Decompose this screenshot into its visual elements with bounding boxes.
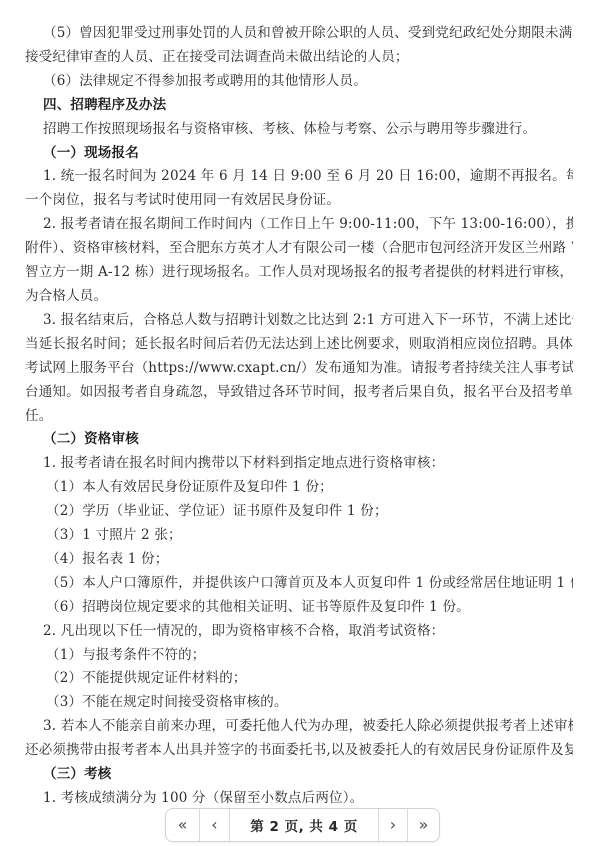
double-chevron-left-icon: « bbox=[178, 817, 188, 833]
doc-heading-line: 四、招聘程序及办法 bbox=[25, 94, 573, 118]
doc-line: 2. 凡出现以下任一情况的，即为资格审核不合格，取消考试资格： bbox=[25, 620, 573, 644]
doc-line: （6）招聘岗位规定要求的其他相关证明、证书等原件及复印件 1 份。 bbox=[25, 596, 573, 620]
prev-page-button[interactable]: ‹ bbox=[200, 809, 230, 841]
page-status: 第 2 页, 共 4 页 bbox=[230, 809, 379, 841]
first-page-button[interactable]: « bbox=[166, 809, 200, 841]
doc-heading-line: （一）现场报名 bbox=[25, 142, 573, 166]
doc-line: 接受纪律审查的人员、正在接受司法调查尚未做出结论的人员； bbox=[25, 46, 573, 70]
doc-line: 3. 若本人不能亲自前来办理，可委托他人代为办理，被委托人除必须提供报考者上述审… bbox=[25, 715, 573, 739]
doc-line: （4）报名表 1 份； bbox=[25, 548, 573, 572]
document-viewer: （5）曾因犯罪受过刑事处罚的人员和曾被开除公职的人员、受到党纪政纪处分期限未满或… bbox=[0, 0, 595, 846]
doc-line: 当延长报名时间；延长报名时间后若仍无法达到上述比例要求，则取消相应岗位招聘。具体… bbox=[25, 333, 573, 357]
doc-line: 智立方一期 A-12 栋）进行现场报名。工作人员对现场报名的报考者提供的材料进行… bbox=[25, 261, 573, 285]
doc-line: 台通知。如因报考者自身疏忽，导致错过各环节时间，报考者后果自负，报名平台及招考单… bbox=[25, 381, 573, 405]
doc-line: 1. 报考者请在报名时间内携带以下材料到指定地点进行资格审核： bbox=[25, 452, 573, 476]
doc-line: （2）学历（毕业证、学位证）证书原件及复印件 1 份； bbox=[25, 500, 573, 524]
double-chevron-right-icon: » bbox=[419, 817, 429, 833]
last-page-button[interactable]: » bbox=[408, 809, 439, 841]
chevron-left-icon: ‹ bbox=[211, 817, 217, 833]
chevron-right-icon: › bbox=[390, 817, 396, 833]
doc-line: （3）不能在规定时间接受资格审核的。 bbox=[25, 691, 573, 715]
document-page: （5）曾因犯罪受过刑事处罚的人员和曾被开除公职的人员、受到党纪政纪处分期限未满或… bbox=[25, 22, 573, 811]
doc-line: （3）1 寸照片 2 张； bbox=[25, 524, 573, 548]
doc-line: 招聘工作按照现场报名与资格审核、考核、体检与考察、公示与聘用等步骤进行。 bbox=[25, 118, 573, 142]
next-page-button[interactable]: › bbox=[379, 809, 408, 841]
doc-line: 考试网上服务平台（https://www.cxapt.cn/）发布通知为准。请报… bbox=[25, 357, 573, 381]
doc-line: （1）本人有效居民身份证原件及复印件 1 份； bbox=[25, 476, 573, 500]
doc-line: 附件）、资格审核材料，至合肥东方英才人才有限公司一楼（合肥市包河经济开发区兰州路… bbox=[25, 237, 573, 261]
doc-heading-line: （三）考核 bbox=[25, 763, 573, 787]
doc-line: 任。 bbox=[25, 405, 573, 429]
doc-line: （2）不能提供规定证件材料的； bbox=[25, 667, 573, 691]
doc-line: （1）与报考条件不符的； bbox=[25, 644, 573, 668]
doc-line: 2. 报考者请在报名期间工作时间内（工作日上午 9:00-11:00，下午 13… bbox=[25, 213, 573, 237]
doc-line: 一个岗位，报名与考试时使用同一有效居民身份证。 bbox=[25, 189, 573, 213]
doc-line: 还必须携带由报考者本人出具并签字的书面委托书,以及被委托人的有效居民身份证原件及… bbox=[25, 739, 573, 763]
doc-heading-line: （二）资格审核 bbox=[25, 428, 573, 452]
doc-line: 1. 统一报名时间为 2024 年 6 月 14 日 9:00 至 6 月 20… bbox=[25, 165, 573, 189]
doc-line: 3. 报名结束后，合格总人数与招聘计划数之比达到 2:1 方可进入下一环节，不满… bbox=[25, 309, 573, 333]
doc-line: 为合格人员。 bbox=[25, 285, 573, 309]
doc-line: （6）法律规定不得参加报考或聘用的其他情形人员。 bbox=[25, 70, 573, 94]
doc-line: （5）曾因犯罪受过刑事处罚的人员和曾被开除公职的人员、受到党纪政纪处分期限未满或… bbox=[25, 22, 573, 46]
doc-line: （5）本人户口簿原件，并提供该户口簿首页及本人页复印件 1 份或经常居住地证明 … bbox=[25, 572, 573, 596]
pagination-bar: « ‹ 第 2 页, 共 4 页 › » bbox=[165, 808, 440, 842]
